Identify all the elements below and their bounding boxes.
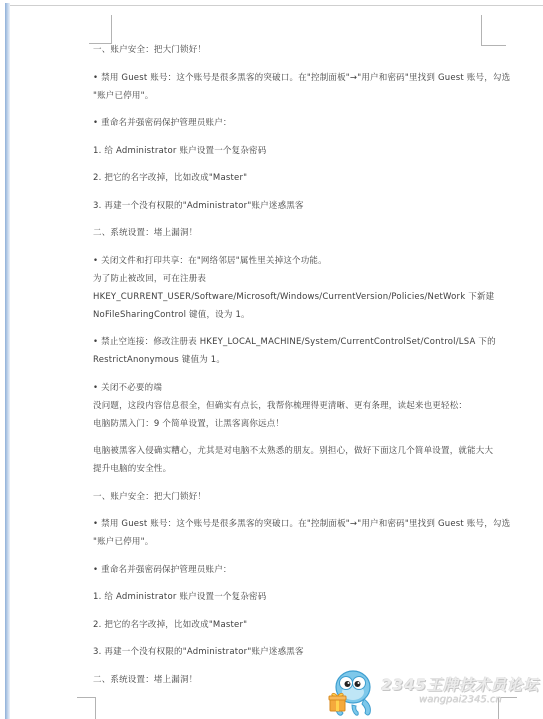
text-line: • 重命名并强密码保护管理员账户： — [93, 561, 505, 579]
text-line: 一、账户安全：把大门锁好！ — [93, 41, 505, 59]
margin-mark-bottom-right — [498, 697, 517, 719]
list-item-1-repeat: 1. 给 Administrator 账户设置一个复杂密码 — [93, 588, 505, 606]
bullet-rename-admin-repeat: • 重命名并强密码保护管理员账户： — [93, 561, 505, 579]
page-top-edge — [5, 5, 543, 6]
text-line: "账户已停用"。 — [93, 533, 505, 551]
text-line: "账户已停用"。 — [93, 87, 505, 105]
text-line: 电脑防黑入门：9 个简单设置，让黑客离你远点！ — [93, 415, 505, 433]
text-line: 一、账户安全：把大门锁好！ — [93, 488, 505, 506]
bullet-disable-guest-repeat: • 禁用 Guest 账号：这个账号是很多黑客的突破口。在"控制面板"→"用户和… — [93, 515, 505, 551]
list-item-1: 1. 给 Administrator 账户设置一个复杂密码 — [93, 142, 505, 160]
text-line: 电脑被黑客入侵确实糟心，尤其是对电脑不太熟悉的朋友。别担心，做好下面这几个简单设… — [93, 442, 505, 460]
text-line: HKEY_CURRENT_USER/Software/Microsoft/Win… — [93, 288, 505, 306]
intro-paragraph: 电脑被黑客入侵确实糟心，尤其是对电脑不太熟悉的朋友。别担心，做好下面这几个简单设… — [93, 442, 505, 478]
text-line: 1. 给 Administrator 账户设置一个复杂密码 — [93, 588, 505, 606]
text-line: 为了防止被改回，可在注册表 — [93, 270, 505, 288]
text-line: • 禁用 Guest 账号：这个账号是很多黑客的突破口。在"控制面板"→"用户和… — [93, 69, 505, 87]
text-line: 二、系统设置：堵上漏洞！ — [93, 671, 505, 689]
heading-system-settings-repeat: 二、系统设置：堵上漏洞！ — [93, 671, 505, 689]
document-body-text: 一、账户安全：把大门锁好！ • 禁用 Guest 账号：这个账号是很多黑客的突破… — [93, 41, 505, 698]
text-line: • 重命名并强密码保护管理员账户： — [93, 114, 505, 132]
heading-system-settings: 二、系统设置：堵上漏洞！ — [93, 224, 505, 242]
bullet-null-session: • 禁止空连接：修改注册表 HKEY_LOCAL_MACHINE/System/… — [93, 333, 505, 369]
text-line: • 禁用 Guest 账号：这个账号是很多黑客的突破口。在"控制面板"→"用户和… — [93, 515, 505, 533]
list-item-3-repeat: 3. 再建一个没有权限的"Administrator"账户迷惑黑客 — [93, 643, 505, 661]
bullet-file-print-sharing: • 关闭文件和打印共享：在"网络邻居"属性里关掉这个功能。 为了防止被改回，可在… — [93, 252, 505, 324]
text-line: • 关闭文件和打印共享：在"网络邻居"属性里关掉这个功能。 — [93, 252, 505, 270]
list-item-3: 3. 再建一个没有权限的"Administrator"账户迷惑黑客 — [93, 197, 505, 215]
text-line: 二、系统设置：堵上漏洞！ — [93, 224, 505, 242]
heading-account-security-repeat: 一、账户安全：把大门锁好！ — [93, 488, 505, 506]
list-item-2-repeat: 2. 把它的名字改掉，比如改成"Master" — [93, 616, 505, 634]
bullet-disable-guest: • 禁用 Guest 账号：这个账号是很多黑客的突破口。在"控制面板"→"用户和… — [93, 69, 505, 105]
text-line: • 禁止空连接：修改注册表 HKEY_LOCAL_MACHINE/System/… — [93, 333, 505, 351]
window-left-edge — [5, 3, 10, 719]
text-line: 3. 再建一个没有权限的"Administrator"账户迷惑黑客 — [93, 643, 505, 661]
text-line: 2. 把它的名字改掉，比如改成"Master" — [93, 616, 505, 634]
text-line: 提升电脑的安全性。 — [93, 460, 505, 478]
text-line: NoFileSharingControl 键值，设为 1。 — [93, 306, 505, 324]
margin-mark-top-left — [89, 15, 112, 44]
list-item-2: 2. 把它的名字改掉，比如改成"Master" — [93, 169, 505, 187]
text-line: • 关闭不必要的端 — [93, 379, 505, 397]
document-page[interactable]: 一、账户安全：把大门锁好！ • 禁用 Guest 账号：这个账号是很多黑客的突破… — [5, 3, 543, 719]
text-line: 1. 给 Administrator 账户设置一个复杂密码 — [93, 142, 505, 160]
text-line: 没问题，这段内容信息很全，但确实有点长，我帮你梳理得更清晰、更有条理，读起来也更… — [93, 397, 505, 415]
margin-mark-bottom-left — [77, 697, 96, 719]
text-line: RestrictAnonymous 键值为 1。 — [93, 351, 505, 369]
heading-account-security: 一、账户安全：把大门锁好！ — [93, 41, 505, 59]
text-line: 2. 把它的名字改掉，比如改成"Master" — [93, 169, 505, 187]
bullet-close-ports: • 关闭不必要的端 没问题，这段内容信息很全，但确实有点长，我帮你梳理得更清晰、… — [93, 379, 505, 433]
bullet-rename-admin: • 重命名并强密码保护管理员账户： — [93, 114, 505, 132]
text-line: 3. 再建一个没有权限的"Administrator"账户迷惑黑客 — [93, 197, 505, 215]
